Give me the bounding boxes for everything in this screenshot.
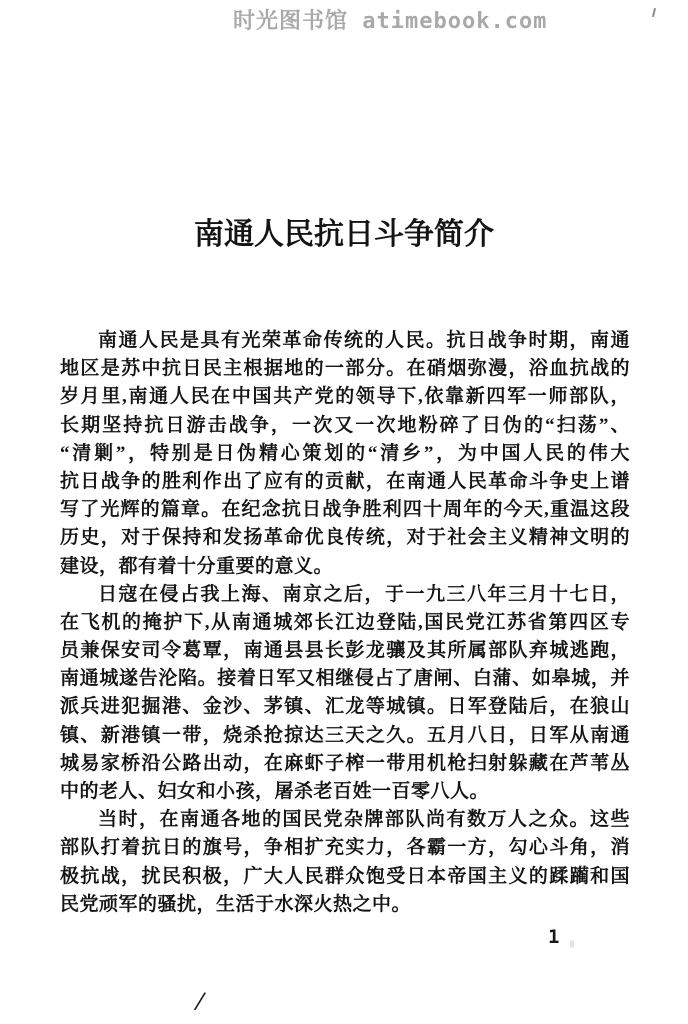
text-line: 建设，都有着十分重要的意义。 [60,553,630,581]
scan-artifact-slash: / [195,986,205,1017]
text-line: 写了光辉的篇章。在纪念抗日战争胜利四十周年的今天,重温这段 [60,496,630,524]
text-line: 长期坚持抗日游击战争，一次又一次地粉碎了日伪的“扫荡”、 [60,412,630,440]
scan-artifact-speck [570,940,574,948]
text-line: 中的老人、妇女和小孩，屠杀老百姓一百零八人。 [60,778,630,806]
text-line: 民党顽军的骚扰，生活于水深火热之中。 [60,891,630,919]
page-number: 1 [548,926,559,948]
text-line: 南通城遂告沦陷。接着日军又相继侵占了唐闸、白蒲、如皋城，并 [60,665,630,693]
text-line: 部队打着抗日的旗号，争相扩充实力，各霸一方，勾心斗角，消 [60,834,630,862]
text-line: 历史，对于保持和发扬革命优良传统，对于社会主义精神文明的 [60,524,630,552]
body-text: 南通人民是具有光荣革命传统的人民。抗日战争时期，南通地区是苏中抗日民主根据地的一… [60,327,630,919]
scan-artifact-top-right [652,8,656,17]
text-line: “清剿”，特别是日伪精心策划的“清乡”，为中国人民的伟大 [60,440,630,468]
text-line: 抗日战争的胜利作出了应有的贡献，在南通人民革命斗争史上谱 [60,468,630,496]
watermark-text: 时光图书馆 atimebook.com [233,4,547,35]
text-line: 城易家桥沿公路出动，在麻虾子榨一带用机枪扫射躲藏在芦苇丛 [60,750,630,778]
text-line: 员兼保安司令葛覃，南通县县长彭龙骧及其所属部队弃城逃跑， [60,637,630,665]
text-line: 在飞机的掩护下,从南通城郊长江边登陆,国民党江苏省第四区专 [60,609,630,637]
text-line: 地区是苏中抗日民主根据地的一部分。在硝烟弥漫，浴血抗战的 [60,355,630,383]
text-line: 岁月里,南通人民在中国共产党的领导下,依靠新四军一师部队， [60,383,630,411]
text-line: 极抗战，扰民积极，广大人民群众饱受日本帝国主义的蹂躏和国 [60,863,630,891]
text-line: 日寇在侵占我上海、南京之后，于一九三八年三月十七日， [60,581,630,609]
text-line: 南通人民是具有光荣革命传统的人民。抗日战争时期，南通 [60,327,630,355]
text-line: 当时，在南通各地的国民党杂牌部队尚有数万人之众。这些 [60,806,630,834]
text-line: 派兵进犯掘港、金沙、茅镇、汇龙等城镇。日军登陆后，在狼山 [60,693,630,721]
book-page: 时光图书馆 atimebook.com 南通人民抗日斗争简介 南通人民是具有光荣… [0,0,688,1024]
page-title: 南通人民抗日斗争简介 [0,209,688,253]
text-line: 镇、新港镇一带，烧杀抢掠达三天之久。五月八日，日军从南通 [60,722,630,750]
